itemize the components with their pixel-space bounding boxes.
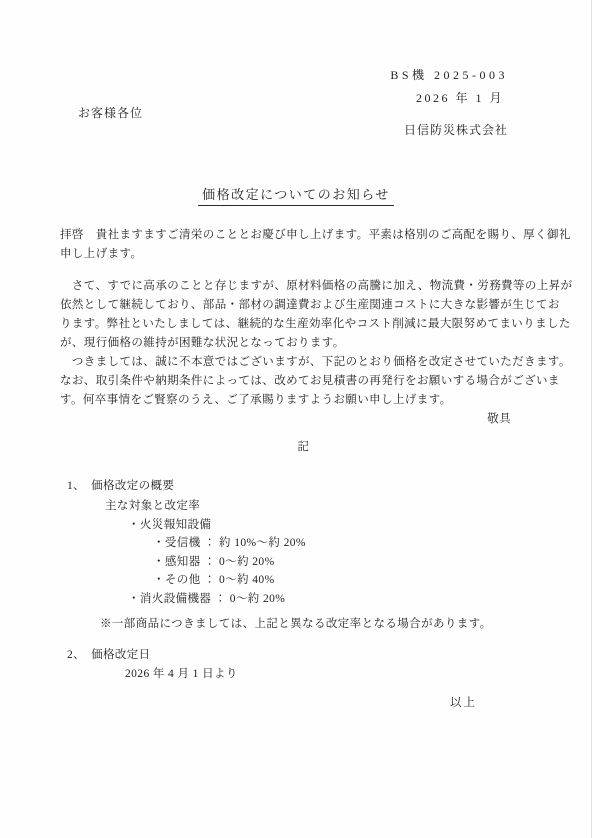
list-item: ・消火設備機器 ： 0～約 20% xyxy=(60,590,547,608)
list-item: ・火災報知設備 xyxy=(60,516,547,534)
sender-company: 日信防災株式会社 xyxy=(404,121,508,138)
section2-title: 価格改定日 xyxy=(91,649,151,661)
recipient: お客様各位 xyxy=(78,104,143,121)
list-item: ・感知器 ： 0～約 20% xyxy=(60,553,547,571)
background-paragraph: さて、すでに高承のことと存じますが、原材料価格の高騰に加え、物流費・労務費等の上… xyxy=(60,277,547,353)
paragraph-line: ります。弊社といたしましては、継続的な生産効率化やコスト削減に最大限努めてまいり… xyxy=(60,315,547,334)
end-marker: 以上 xyxy=(450,694,477,710)
list-item: ・その他 ： 0～約 40% xyxy=(60,571,547,589)
issue-date: 2026 年 1 月 xyxy=(416,89,504,106)
section2: 2、価格改定日 2026 年 4 月 1 日より xyxy=(60,646,547,683)
list-item: ・受信機 ： 約 10%～約 20% xyxy=(60,534,547,552)
paragraph-line: 申し上げます。 xyxy=(60,245,547,264)
note-line: ※一部商品につきましては、上記と異なる改定率となる場合があります。 xyxy=(60,615,547,633)
greeting-paragraph: 拝啓 貴社ますますご清栄のこととお慶び申し上げます。平素は格別のご高配を賜り、厚… xyxy=(60,226,547,264)
record-marker: 記 xyxy=(60,438,547,457)
section2-number: 2、 xyxy=(67,649,85,661)
document-reference-number: BS機 2025-003 xyxy=(390,66,508,83)
page-title: 価格改定についてのお知らせ xyxy=(198,184,394,206)
paragraph-line: が、現行価格の維持が困難な状況となっております。 xyxy=(60,334,547,353)
paragraph-line: す。何卒事情をご賢察のうえ、ご了承賜りますようお願い申し上げます。 xyxy=(60,391,547,410)
effective-date: 2026 年 4 月 1 日より xyxy=(60,665,547,683)
title-row: 価格改定についてのお知らせ xyxy=(0,184,592,206)
section1-title: 価格改定の概要 xyxy=(91,480,174,492)
section1-heading: 1、価格改定の概要 xyxy=(60,477,547,495)
section1-number: 1、 xyxy=(67,480,85,492)
letter-body: 拝啓 貴社ますますご清栄のこととお慶び申し上げます。平素は格別のご高配を賜り、厚… xyxy=(60,226,547,683)
request-paragraph: つきましては、誠に不本意ではございますが、下記のとおり価格を改定させていただきま… xyxy=(60,353,547,410)
closing-word: 敬具 xyxy=(60,410,547,429)
paragraph-line: なお、取引条件や納期条件によっては、改めてお見積書の再発行をお願いする場合がござ… xyxy=(60,372,547,391)
section1-subheading: 主な対象と改定率 xyxy=(60,497,547,515)
paragraph-line: つきましては、誠に不本意ではございますが、下記のとおり価格を改定させていただきま… xyxy=(60,353,547,372)
paragraph-line: さて、すでに高承のことと存じますが、原材料価格の高騰に加え、物流費・労務費等の上… xyxy=(60,277,547,296)
section2-heading: 2、価格改定日 xyxy=(60,646,547,664)
letter-page: BS機 2025-003 2026 年 1 月 お客様各位 日信防災株式会社 価… xyxy=(0,0,592,838)
paragraph-line: 依然として継続しており、部品・部材の調達費および生産関連コストに大きな影響が生じ… xyxy=(60,296,547,315)
itemized-sections: 1、価格改定の概要 主な対象と改定率 ・火災報知設備 ・受信機 ： 約 10%～… xyxy=(60,477,547,683)
paragraph-line: 拝啓 貴社ますますご清栄のこととお慶び申し上げます。平素は格別のご高配を賜り、厚… xyxy=(60,226,547,245)
